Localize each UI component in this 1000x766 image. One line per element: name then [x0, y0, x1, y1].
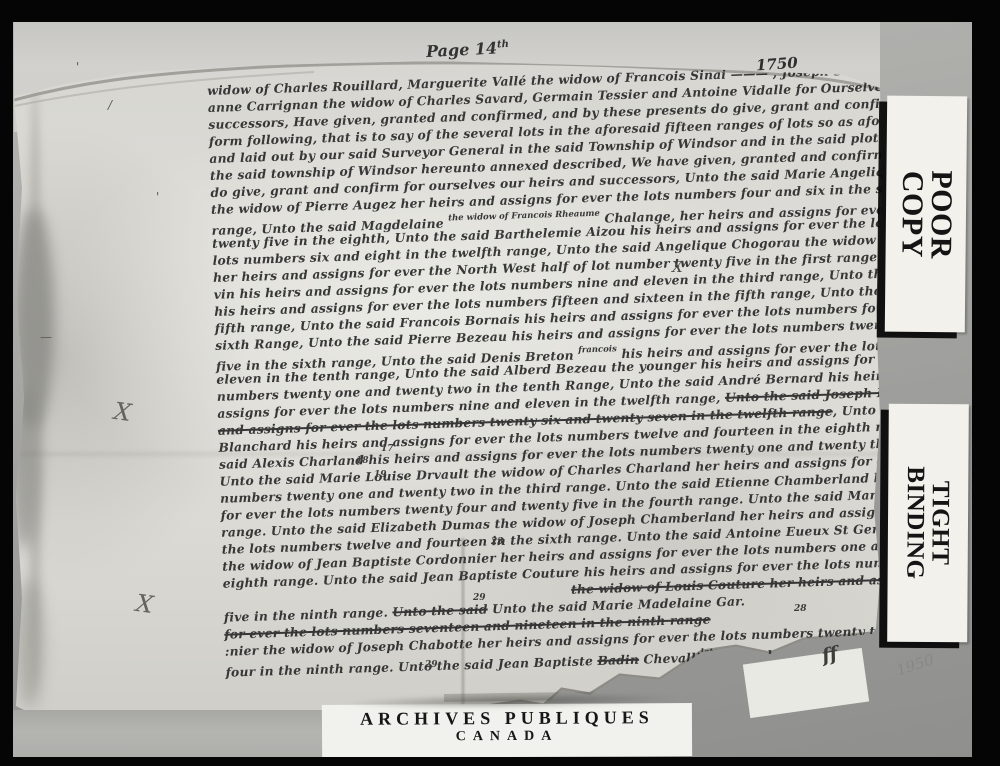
film-frame-right: [972, 0, 1000, 766]
film-frame-bottom: [0, 757, 1000, 766]
tight-binding-label: TIGHT BINDING: [903, 466, 954, 580]
tight-binding-card: TIGHT BINDING: [887, 404, 969, 643]
film-frame-left: [0, 0, 13, 766]
manuscript-page: widow of Charles Rouillard, Marguerite V…: [14, 58, 882, 720]
overlay-number: 1750: [755, 54, 798, 75]
archives-stamp-strip: ARCHIVES PUBLIQUES CANADA: [322, 703, 692, 758]
archives-stamp-line2: CANADA: [322, 728, 692, 746]
manuscript-lines: widow of Charles Rouillard, Marguerite V…: [207, 60, 925, 677]
archives-stamp-line1: ARCHIVES PUBLIQUES: [322, 707, 692, 730]
film-frame-top: [0, 0, 1000, 22]
interline-text: francois: [578, 344, 617, 355]
bottom-gray-strip: [13, 710, 322, 757]
page-number-ordinal: th: [497, 39, 509, 51]
poor-copy-card: POOR COPY: [885, 96, 967, 333]
struck-text: Unto the said: [392, 601, 488, 619]
poor-copy-label: POOR COPY: [897, 169, 955, 258]
struck-text: Badin: [597, 652, 639, 668]
interline-text: the widow of Francois Rheaume: [448, 209, 600, 224]
